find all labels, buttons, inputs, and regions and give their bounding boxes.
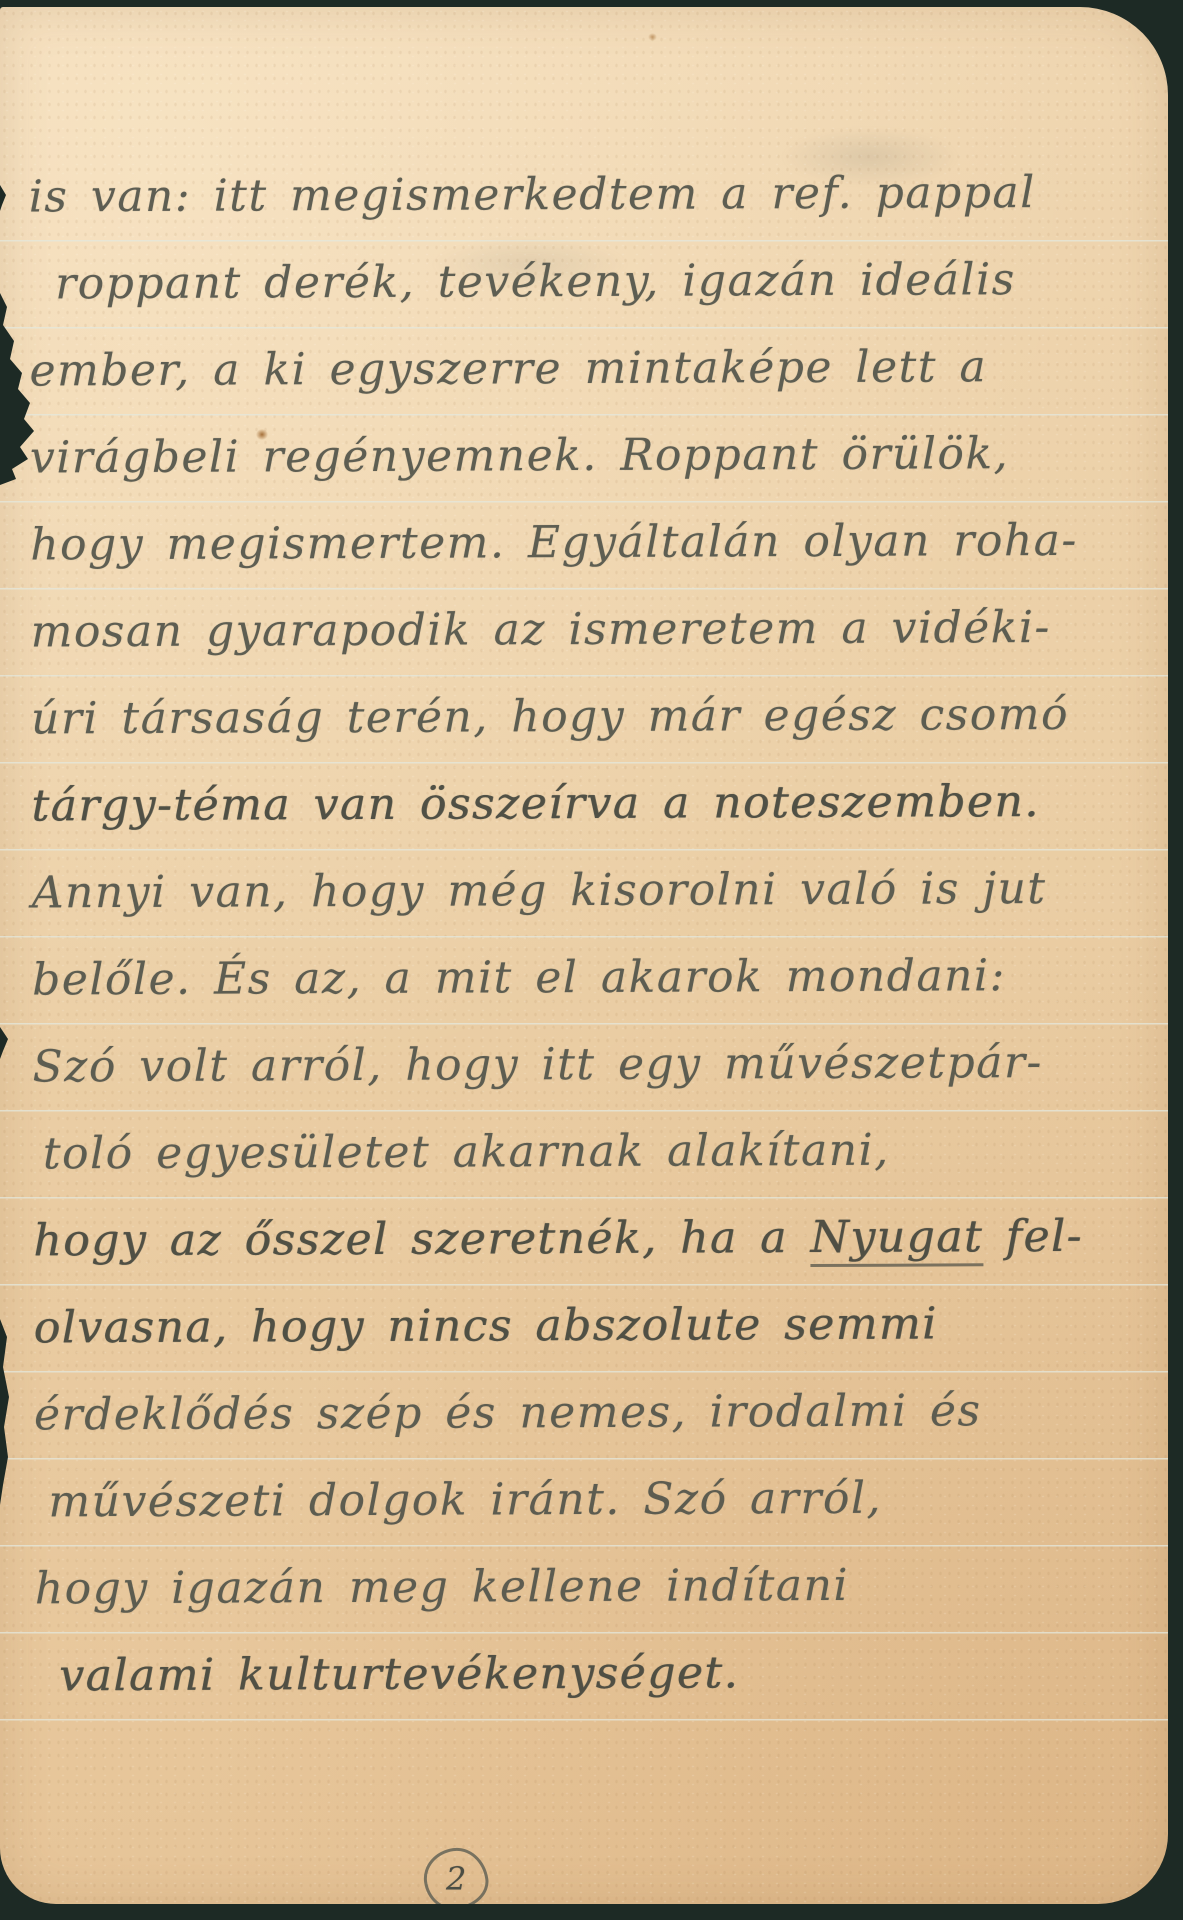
handwriting-line: toló egyesületet akarnak alakítani, — [43, 1110, 1151, 1202]
torn-speck-top — [0, 185, 6, 211]
handwriting-segment: művészeti dolgok iránt. Szó arról, — [48, 1473, 882, 1528]
handwriting-line: valami kulturtevékenységet. — [59, 1632, 1153, 1724]
handwriting-text-block: is van: itt megismerkedtem a ref. pappal… — [29, 153, 1154, 1724]
handwriting-segment: hogy igazán meg kellene indítani — [35, 1560, 849, 1615]
handwriting-line: virágbeli regényemnek. Roppant örülök, — [30, 414, 1148, 506]
handwriting-segment: érdeklődés szép és nemes, irodalmi és — [34, 1385, 982, 1440]
handwriting-line: ember, a ki egyszerre mintaképe lett a — [29, 327, 1147, 419]
handwriting-line: hogy az ősszel szeretnék, ha a Nyugat fe… — [33, 1197, 1151, 1289]
handwriting-segment: roppant derék, tevékeny, igazán ideális — [55, 254, 1016, 309]
handwriting-line: mosan gyarapodik az ismeretem a vidéki- — [30, 588, 1148, 680]
page-number-circle: 2 — [420, 1844, 492, 1904]
handwriting-line: belőle. És az, a mit el akarok mondani: — [32, 936, 1150, 1028]
torn-notch-sliver — [0, 1319, 9, 1505]
torn-speck-mid — [0, 1027, 8, 1059]
handwriting-line: úri társaság terén, hogy már egész csomó — [31, 675, 1149, 767]
underlined-word: Nyugat — [810, 1211, 983, 1267]
page-number: 2 — [446, 1860, 466, 1898]
handwriting-segment: úri társaság terén, hogy már egész csomó — [31, 689, 1069, 745]
handwriting-line: hogy igazán meg kellene indítani — [35, 1545, 1153, 1637]
handwriting-line: érdeklődés szép és nemes, irodalmi és — [34, 1371, 1152, 1463]
handwriting-segment: belőle. És az, a mit el akarok mondani: — [32, 950, 1006, 1005]
handwriting-line: Annyi van, hogy még kisorolni való is ju… — [32, 849, 1150, 941]
handwriting-line: is van: itt megismerkedtem a ref. pappal — [29, 153, 1147, 245]
handwriting-segment: toló egyesületet akarnak alakítani, — [43, 1125, 890, 1180]
notebook-page: is van: itt megismerkedtem a ref. pappal… — [0, 7, 1168, 1904]
handwriting-segment: tárgy-téma van összeírva a noteszemben. — [31, 776, 1040, 831]
handwriting-segment: fel- — [983, 1211, 1083, 1262]
handwriting-line: hogy megismertem. Egyáltalán olyan roha- — [30, 501, 1148, 593]
handwriting-segment: olvasna, hogy nincs abszolute semmi — [34, 1298, 938, 1353]
photo-backdrop: is van: itt megismerkedtem a ref. pappal… — [0, 0, 1183, 1920]
handwriting-line: Szó volt arról, hogy itt egy művészetpár… — [32, 1023, 1150, 1115]
handwriting-segment: ember, a ki egyszerre mintaképe lett a — [29, 341, 987, 396]
paper-stain — [648, 33, 657, 41]
handwriting-line: roppant derék, tevékeny, igazán ideális — [55, 240, 1147, 332]
handwriting-segment: hogy megismertem. Egyáltalán olyan roha- — [30, 515, 1078, 571]
handwriting-segment: valami kulturtevékenységet. — [59, 1647, 739, 1701]
handwriting-line: tárgy-téma van összeírva a noteszemben. — [31, 762, 1149, 854]
handwriting-segment: is van: itt megismerkedtem a ref. pappal — [29, 167, 1036, 222]
handwriting-line: művészeti dolgok iránt. Szó arról, — [48, 1458, 1152, 1550]
handwriting-segment: hogy az ősszel szeretnék, ha a — [33, 1212, 810, 1266]
handwriting-segment: virágbeli regényemnek. Roppant örülök, — [30, 428, 1009, 483]
handwriting-line: olvasna, hogy nincs abszolute semmi — [34, 1284, 1152, 1376]
handwriting-segment: mosan gyarapodik az ismeretem a vidéki- — [31, 602, 1051, 657]
handwriting-segment: Annyi van, hogy még kisorolni való is ju… — [32, 863, 1047, 918]
handwriting-segment: Szó volt arról, hogy itt egy művészetpár… — [32, 1037, 1042, 1092]
